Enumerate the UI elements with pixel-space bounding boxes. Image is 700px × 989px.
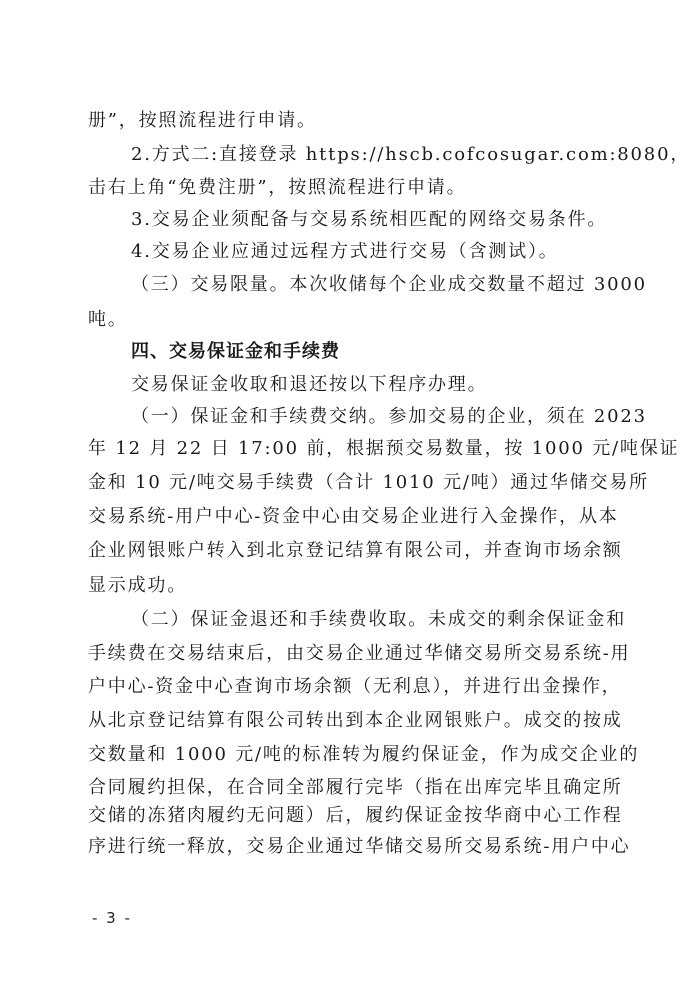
text-line: 2.方式二:直接登录 https://hscb.cofcosugar.com:8… [131, 138, 614, 171]
text-line: 手续费在交易结束后，由交易企业通过华储交易所交易系统-用 [88, 637, 614, 670]
text-line: 交易系统-用户中心-资金中心由交易企业进行入金操作，从本 [88, 500, 614, 533]
text-line: （一）保证金和手续费交纳。参加交易的企业，须在 2023 [131, 400, 614, 433]
text-line: 从北京登记结算有限公司转出到本企业网银账户。成交的按成 [88, 704, 614, 737]
text-line: 显示成功。 [88, 569, 614, 602]
document-page: 册”，按照流程进行申请。 2.方式二:直接登录 https://hscb.cof… [0, 0, 700, 989]
section-heading: 四、交易保证金和手续费 [131, 335, 614, 368]
text-line: 册”，按照流程进行申请。 [88, 104, 614, 137]
text-line: 交易保证金收取和退还按以下程序办理。 [131, 368, 614, 401]
text-line: 吨。 [88, 303, 614, 336]
text-line: 年 12 月 22 日 17:00 前，根据预交易数量，按 1000 元/吨保证 [88, 432, 614, 465]
text-line: 企业网银账户转入到北京登记结算有限公司，并查询市场余额 [88, 534, 614, 567]
text-line: 交储的冻猪肉履约无问题）后，履约保证金按华商中心工作程 [88, 799, 614, 832]
text-line: 序进行统一释放，交易企业通过华储交易所交易系统-用户中心 [88, 830, 614, 863]
text-line: （三）交易限量。本次收储每个企业成交数量不超过 3000 [131, 268, 614, 301]
text-line: 金和 10 元/吨交易手续费（合计 1010 元/吨）通过华储交易所 [88, 466, 614, 499]
text-line: 击右上角“免费注册”，按照流程进行申请。 [88, 171, 614, 204]
text-line: 户中心-资金中心查询市场余额（无利息），并进行出金操作， [88, 670, 614, 703]
text-line: （二）保证金退还和手续费收取。未成交的剩余保证金和 [131, 603, 614, 636]
text-line: 3.交易企业须配备与交易系统相匹配的网络交易条件。 [131, 203, 614, 236]
page-number: - 3 - [92, 909, 132, 927]
text-line: 交数量和 1000 元/吨的标准转为履约保证金，作为成交企业的 [88, 738, 614, 771]
text-line: 4.交易企业应通过远程方式进行交易（含测试）。 [131, 235, 614, 268]
